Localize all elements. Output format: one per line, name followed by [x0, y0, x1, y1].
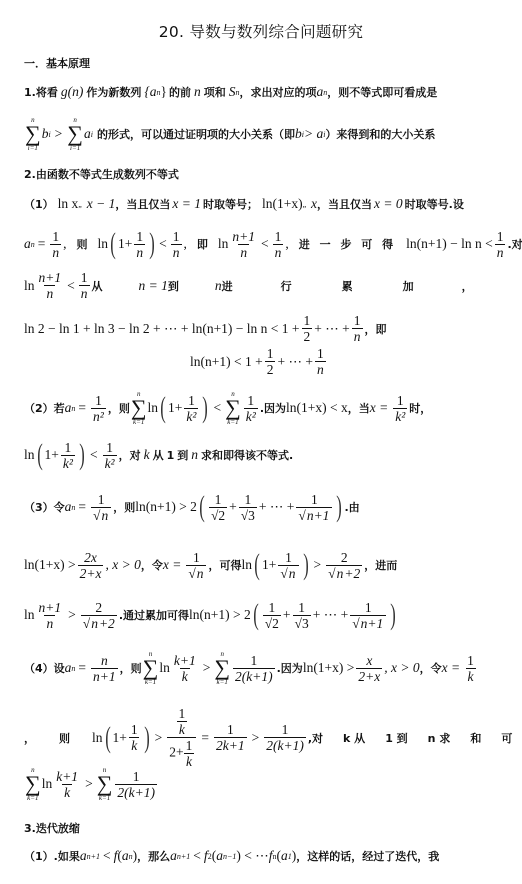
item2-p4-line2: ， 则 ln(1+1k) > 1k2+1k = 12k+1 > 12(k+1) …	[24, 706, 490, 769]
item2-p2-line1: （2） 若 an= 1n² ，则 n∑k=1 ln(1+1k²) < n∑k=1…	[24, 390, 431, 426]
item3-p1-line1: （1） .如果 an+1<f(an) ，那么 an+1<f2(an−1) < ⋯…	[24, 848, 439, 864]
item2-p3-line2: ln(1+x) > 2x2+x , x > 0 ，令 x = 1√n ，可得 l…	[24, 548, 397, 582]
item2-p1-line1: （1） ln x „ x − 1 ，当且仅当 x = 1 时取等号； ln(1+…	[24, 196, 464, 212]
item2-p1-line2: an= 1n, 则 ln(1+1n) <1n, 即 lnn+1n <1n, 进 …	[24, 227, 484, 261]
page-title: 20. 导数与数列综合问题研究	[0, 20, 522, 42]
item2-p3-line3: lnn+1n > 2√n+2 .通过累加可得 ln(n+1) > 2 ( 1√2…	[24, 598, 398, 632]
item3-heading: 3. 迭代放缩	[24, 820, 80, 836]
item2-p1-line4: ln 2 − ln 1 + ln 3 − ln 2 + ⋯ + ln(n+1) …	[24, 313, 387, 344]
item2-p3-line1: （3） 令 an= 1√n ，则 ln(n+1) > 2 ( 1√2+ 1√3+…	[24, 490, 360, 524]
item2-p4-line3: n∑k=1 lnk+1k > n∑k=1 12(k+1)	[24, 766, 159, 802]
item1-line1: 1. 将看 g(n) 作为新数列 {an} 的前 n 项和 Sn ，求出对应的项…	[24, 84, 437, 100]
summation: n∑i=1	[67, 116, 83, 152]
section-heading-basic-principle: 一．基本原理	[24, 55, 90, 71]
item2-p4-line1: （4） 设 an= nn+1 ，则 n∑k=1 lnk+1k > n∑k=1 1…	[24, 650, 478, 686]
item2-p2-line2: ln(1+1k²) < 1k² ，对 k 从 1 到 n 求和即得该不等式.	[24, 438, 293, 472]
item2-heading: 2. 由函数不等式生成数列不等式	[24, 166, 179, 182]
item1-line2: n∑i=1 bi > n∑i=1 ai 的形式，可以通过证明项的大小关系（即 b…	[24, 116, 435, 152]
item2-p1-line3: lnn+1n <1n 从 n = 1 到 n 进 行 累 加 ， 有	[24, 270, 490, 301]
summation: n∑i=1	[25, 116, 41, 152]
document-page: 20. 导数与数列综合问题研究 一．基本原理 1. 将看 g(n) 作为新数列 …	[0, 0, 522, 884]
item2-p1-line5: ln(n+1) < 1 + 12 + ⋯ + 1n	[190, 346, 328, 377]
